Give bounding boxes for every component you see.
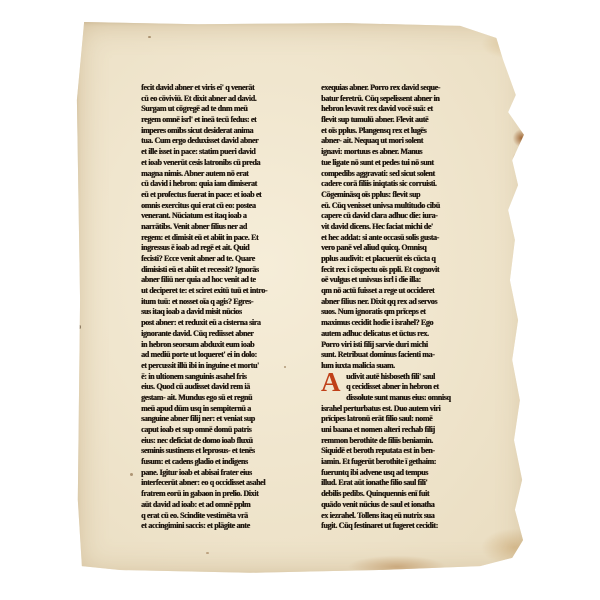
text-line: debilis pedibs. Quinquennis enī fuit <box>321 489 497 500</box>
text-line: qm nō actū fuisset a rege ut occideret <box>321 286 497 297</box>
text-line: post abner: et reduxit eū a cisterna sir… <box>141 318 317 329</box>
text-line: vit david dicens. Hec faciat michi de' <box>321 222 497 233</box>
text-line: Surgam ut cōgregē ad te dnm meū <box>141 104 317 115</box>
text-line: flevit sup tumulū abner. Flevit autē <box>321 115 497 126</box>
text-line: abner- ait. Nequaq ut mori solent <box>321 136 497 147</box>
text-line: regem omnē isrl' et ineā tecū fedus: et <box>141 115 317 126</box>
text-line: interfecerūt abner: eo q occidisset asah… <box>141 478 317 489</box>
text-line: ad mediū porte ut loqueret' ei in dolo: <box>141 350 317 361</box>
text-line: dimisisti eū et abiit et recessit? Ignor… <box>141 265 317 276</box>
text-line: eū et profectus fuerat in pace: et ioab … <box>141 190 317 201</box>
text-line: Siquidē et beroth reputata est in ben- <box>321 446 497 457</box>
text-line: tua. Cum ergo deduxisset david abner <box>141 136 317 147</box>
text-line: ingressus ē ioab ad regē et ait. Quid <box>141 243 317 254</box>
text-line: q cecidisset abner in hebron et <box>321 382 497 393</box>
text-line: venerant. Nūciatum est itaq ioab a <box>141 211 317 222</box>
text-line: uni baana et nomen alteri rechab filij <box>321 425 497 436</box>
text-line: et oīs pplus. Plangensq rex et lugēs <box>321 126 497 137</box>
text-line: q erat cū eo. Scindite vestimēta vrā <box>141 511 317 522</box>
paragraph-2sam3: exequias abner. Porro rex david seque-ba… <box>321 83 497 372</box>
bible-leaf: fecit david abner et viris ei' q venerāt… <box>76 22 528 575</box>
text-line: et percussit illū ibi in inguine et mort… <box>141 361 317 372</box>
text-line: sanguine abner filij ner: et veniat sup <box>141 414 317 425</box>
text-line: eius: nec deficiat de domo ioab fluxū <box>141 436 317 447</box>
text-line: caput ioab et sup omnē domū patris <box>141 425 317 436</box>
foxing-spot <box>206 552 209 554</box>
text-line: ignavi: mortuus es abner. Manus <box>321 147 497 158</box>
text-line: fecit rex i cōspectu oīs ppli. Et cognov… <box>321 265 497 276</box>
text-line: batur feretrū. Cūq sepelissent abner in <box>321 94 497 105</box>
foxing-spot <box>148 36 151 38</box>
text-line: omnis exercitus qui erat cū eo: postea <box>141 201 317 212</box>
text-column-left: fecit david abner et viris ei' q venerāt… <box>141 83 317 532</box>
text-line: seminis sustinens et leprosus- et tenēs <box>141 446 317 457</box>
text-line: abner filius ner. Dixit qq rex ad servos <box>321 297 497 308</box>
text-line: sus itaq ioab a david misit nūcios <box>141 307 317 318</box>
text-line: et accingimini saccis: et plāgite ante <box>141 521 317 532</box>
text-line: pane. Igitur ioab et abisai frater eius <box>141 468 317 479</box>
paragraph-2sam4: A udivit autē hisboseth fili' saulq ceci… <box>321 372 497 532</box>
text-line: capere cū david clara adhuc die: iura- <box>321 211 497 222</box>
text-line: aūt david ad ioab: et ad omnē pplm <box>141 500 317 511</box>
text-line: prīcipes latronū erāt filio saul: nomē <box>321 414 497 425</box>
text-line: cadere corā filiis iniqtatis sic corruis… <box>321 179 497 190</box>
text-line: Cōgemināsq oīs pplus: flevit sup <box>321 190 497 201</box>
text-line: vero panē vel aliud quicq. Omnisq <box>321 243 497 254</box>
text-line: suos. Num ignoratis qm prīceps et <box>321 307 497 318</box>
text-line: israhel perturbatus est. Duo autem viri <box>321 404 497 415</box>
rubricated-initial: A <box>321 372 346 393</box>
text-line: illud. Erat aūt ionathe filio saul fili' <box>321 478 497 489</box>
text-line: cū eo cōviviū. Et dixit abner ad david. <box>141 94 317 105</box>
text-line: abner filiū ner quia ad hoc venit ad te <box>141 275 317 286</box>
text-line: maximus cecidit hodie i israhel? Ego <box>321 318 497 329</box>
text-line: in hebron seorsum abduxit eum ioab <box>141 340 317 351</box>
text-column-right: exequias abner. Porro rex david seque-ba… <box>321 83 497 532</box>
text-line: et hec addat: si ante occasū solis gusta… <box>321 233 497 244</box>
text-line: et ioab venerūt cesis latronibs cū preda <box>141 158 317 169</box>
text-line: fueruntq ibi advene usq ad tempus <box>321 468 497 479</box>
text-line: fugit. Cūq festinaret ut fugeret cecidit… <box>321 521 497 532</box>
text-line: exequias abner. Porro rex david seque- <box>321 83 497 94</box>
text-line: hebron levavit rex david vocē suā: et <box>321 104 497 115</box>
text-line: ut deciperet te: et sciret exitū tuū et … <box>141 286 317 297</box>
text-line: compedibs aggravati: sed sicut solent <box>321 169 497 180</box>
text-line: iamin. Et fugerūt berothite ī gethaim: <box>321 457 497 468</box>
text-line: eius. Quod cū audisset david rem iā <box>141 382 317 393</box>
text-line: regem: et dimisit eū et abiit in pace. E… <box>141 233 317 244</box>
text-line: ignorante david. Cūq rediisset abner <box>141 329 317 340</box>
text-line: autem adhuc delicatus et ūctus rex. <box>321 329 497 340</box>
text-line: pplus audivit: et placuerūt eis cūcta q <box>321 254 497 265</box>
text-line: et ille isset in pace: statim pueri davi… <box>141 147 317 158</box>
text-line: cū david i hebron: quia iam dimiserat <box>141 179 317 190</box>
text-line: narrātibs. Venit abner filius ner ad <box>141 222 317 233</box>
foxing-spot <box>130 473 133 476</box>
text-line: udivit autē hisboseth fili' saul <box>321 372 497 383</box>
text-line: fratrem eorū in gabaon in prelio. Dixit <box>141 489 317 500</box>
text-line: Porro viri isti filij sarvie duri michi <box>321 340 497 351</box>
text-line: fecit david abner et viris ei' q venerāt <box>141 83 317 94</box>
paragraph-2sam4-lines: udivit autē hisboseth fili' saulq cecidi… <box>321 372 497 532</box>
text-line: gestam- ait. Mundus ego sū et regnū <box>141 393 317 404</box>
text-line: tue ligate nō sunt et pedes tui nō sunt <box>321 158 497 169</box>
text-line: meū apud dūm usq in sempiternū a <box>141 404 317 415</box>
text-line: magna nimis. Abner autem nō erat <box>141 169 317 180</box>
text-line: lum iuxta malicia suam. <box>321 361 497 372</box>
text-line: quādo venit nūcius de saul et ionatha <box>321 500 497 511</box>
text-line: eū. Cūq venisset univsa multitudo cibū <box>321 201 497 212</box>
text-line: imperes omībs sicut desiderat anima <box>141 126 317 137</box>
text-line: oē vulgus et univsus isrl i die illa: <box>321 275 497 286</box>
text-line: fusum: et cadens gladio et indigens <box>141 457 317 468</box>
text-line: fecisti? Ecce venit abner ad te. Quare <box>141 254 317 265</box>
text-line: dissolute sunt manus eius: omnisq <box>321 393 497 404</box>
text-line: itum tuū: et nosset oīa q agis? Egres- <box>141 297 317 308</box>
edge-nick <box>78 325 81 329</box>
text-line: ex iezrahel. Tollens itaq eū nutrix sua <box>321 511 497 522</box>
text-line: ē: in ultionem sanguinis asahel fris <box>141 372 317 383</box>
text-line: sunt. Retribuat dominus facienti ma- <box>321 350 497 361</box>
text-line: remmon berothite de filiis beniamin. <box>321 436 497 447</box>
